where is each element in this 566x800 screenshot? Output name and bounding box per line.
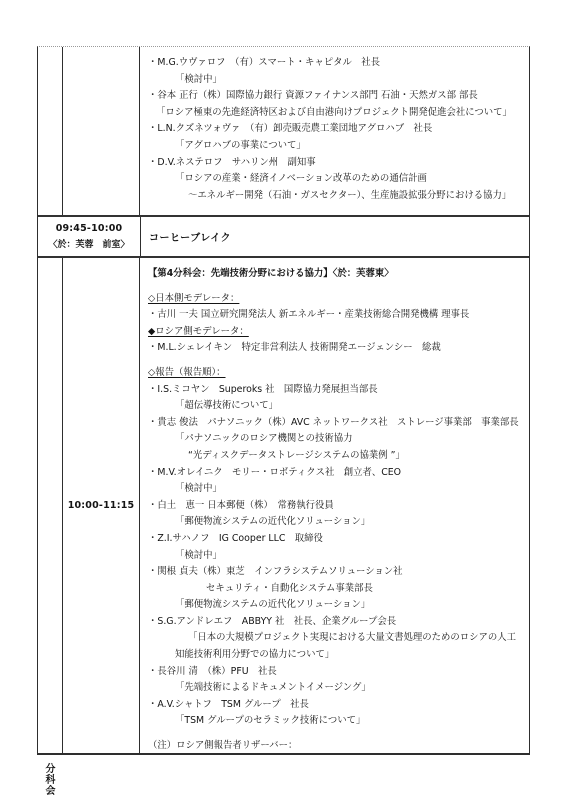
schedule-line: ・M.L.シェレイキン 特定非営利法人 技術開発エージェンシー 総裁 — [140, 340, 526, 357]
blank-line — [140, 357, 526, 365]
schedule-line: ・M.G.ウヴァロフ （有）スマート・キャピタル 社長 — [140, 55, 526, 72]
schedule-line: ・関根 貞夫（株）東芝 インフラシステムソリューション社 — [140, 564, 526, 581]
schedule-line: “光ディスクデータストレージシステムの協業例 ”」 — [140, 448, 526, 465]
schedule-line: 「アグロハブの事業について」 — [140, 138, 526, 155]
schedule-line: 「検討中」 — [140, 72, 526, 89]
coffee-break-time: 09:45-10:00 — [56, 223, 123, 234]
previous-session-time-cell — [63, 47, 140, 215]
blank-line — [140, 730, 526, 738]
coffee-break-location: 〈於：芙蓉 前室〉 — [48, 237, 129, 250]
schedule-line: 「検討中」 — [140, 548, 526, 565]
schedule-line: 「日本の大規模プロジェクト実現における大量文書処理のためのロシアの人工 — [140, 630, 526, 647]
schedule-line: ・Z.I.サハノフ IG Cooper LLC 取締役 — [140, 531, 526, 548]
schedule-line: 「ロシアの産業・経済イノベーション改革のための通信計画 — [140, 171, 526, 188]
schedule-line: ・S.G.アンドレエフ ABBYY 社 社長、企業グループ会長 — [140, 614, 526, 631]
previous-session-row: ・M.G.ウヴァロフ （有）スマート・キャピタル 社長「検討中」・谷本 正行（株… — [38, 47, 529, 215]
schedule-line: ・D.V.ネステロフ サハリン州 副知事 — [140, 155, 526, 172]
schedule-line: 「ロシア極東の先進経済特区および自由港向けプロジェクト開発促進会社について」 — [140, 105, 526, 122]
schedule-line: ・白土 恵一 日本郵便（株） 常務執行役員 — [140, 498, 526, 515]
schedule-line: 「パナソニックのロシア機関との技術協力 — [140, 431, 526, 448]
schedule-line: 知能技術利用分野での協力について」 — [140, 647, 526, 664]
session4-row: 10:00-11:15 【第4分科会：先端技術分野における協力】〈於：芙蓉東〉◇… — [38, 256, 529, 753]
schedule-table: ・M.G.ウヴァロフ （有）スマート・キャピタル 社長「検討中」・谷本 正行（株… — [37, 46, 530, 755]
schedule-line: 「検討中」 — [140, 481, 526, 498]
schedule-line: ・I.S.ミコヤン Superoks 社 国際協力発展担当部長 — [140, 382, 526, 399]
schedule-line: ・M.V.オレイニク モリー・ロボティクス社 創立者、CEO — [140, 465, 526, 482]
coffee-break-row: 09:45-10:00 〈於：芙蓉 前室〉 コーヒーブレイク — [38, 215, 529, 256]
schedule-line: ・長谷川 清 （株）PFU 社長 — [140, 664, 526, 681]
previous-session-content-cell: ・M.G.ウヴァロフ （有）スマート・キャピタル 社長「検討中」・谷本 正行（株… — [140, 47, 529, 215]
session4-margin-cell — [38, 258, 63, 753]
coffee-break-content-cell: コーヒーブレイク — [141, 217, 529, 256]
schedule-line: 「郵便物流システムの近代化ソリューション」 — [140, 514, 526, 531]
session4-time-cell: 10:00-11:15 — [63, 258, 140, 753]
schedule-line: ～エネルギー開発（石油・ガスセクター）、生産施設拡張分野における協力」 — [140, 188, 526, 205]
schedule-line: 【第4分科会：先端技術分野における協力】〈於：芙蓉東〉 — [140, 266, 526, 283]
schedule-line: ・古川 一夫 国立研究開発法人 新エネルギー・産業技術総合開発機構 理事長 — [140, 307, 526, 324]
schedule-line: 「先端技術によるドキュメントイメージング」 — [140, 680, 526, 697]
schedule-line: 「超伝導技術について」 — [140, 398, 526, 415]
schedule-line: ・谷本 正行（株）国際協力銀行 資源ファイナンス部門 石油・天然ガス部 部長 — [140, 88, 526, 105]
session4-time: 10:00-11:15 — [68, 500, 135, 511]
schedule-line: （注）ロシア側報告者リザーバー： — [140, 738, 526, 753]
schedule-line: セキュリティ・自動化システム事業部長 — [140, 581, 526, 598]
coffee-break-time-cell: 09:45-10:00 〈於：芙蓉 前室〉 — [38, 217, 141, 256]
schedule-line: ・A.V.シャトフ TSM グループ 社長 — [140, 697, 526, 714]
schedule-line: 「TSM グループのセラミック技術について」 — [140, 713, 526, 730]
schedule-line: ・L.N.クズネツォヴァ （有）卸売販売農工業団地アグロハブ 社長 — [140, 121, 526, 138]
previous-session-lines: ・M.G.ウヴァロフ （有）スマート・キャピタル 社長「検討中」・谷本 正行（株… — [140, 55, 526, 204]
schedule-line: ◇報告（報告順）： — [140, 365, 526, 382]
schedule-line: 「郵便物流システムの近代化ソリューション」 — [140, 597, 526, 614]
schedule-line: ・貴志 俊法 パナソニック（株）AVC ネットワークス社 ストレージ事業部 事業… — [140, 415, 526, 432]
section-vertical-label: 分科会 — [41, 763, 56, 796]
session4-content-cell: 【第4分科会：先端技術分野における協力】〈於：芙蓉東〉◇日本側モデレータ：・古川… — [140, 258, 529, 753]
session4-lines: 【第4分科会：先端技術分野における協力】〈於：芙蓉東〉◇日本側モデレータ：・古川… — [140, 266, 526, 753]
schedule-line: ◇日本側モデレータ： — [140, 291, 526, 308]
previous-session-margin-cell — [38, 47, 63, 215]
coffee-break-label: コーヒーブレイク — [149, 229, 231, 244]
schedule-line: ◆ロシア側モデレータ： — [140, 324, 526, 341]
blank-line — [140, 283, 526, 291]
